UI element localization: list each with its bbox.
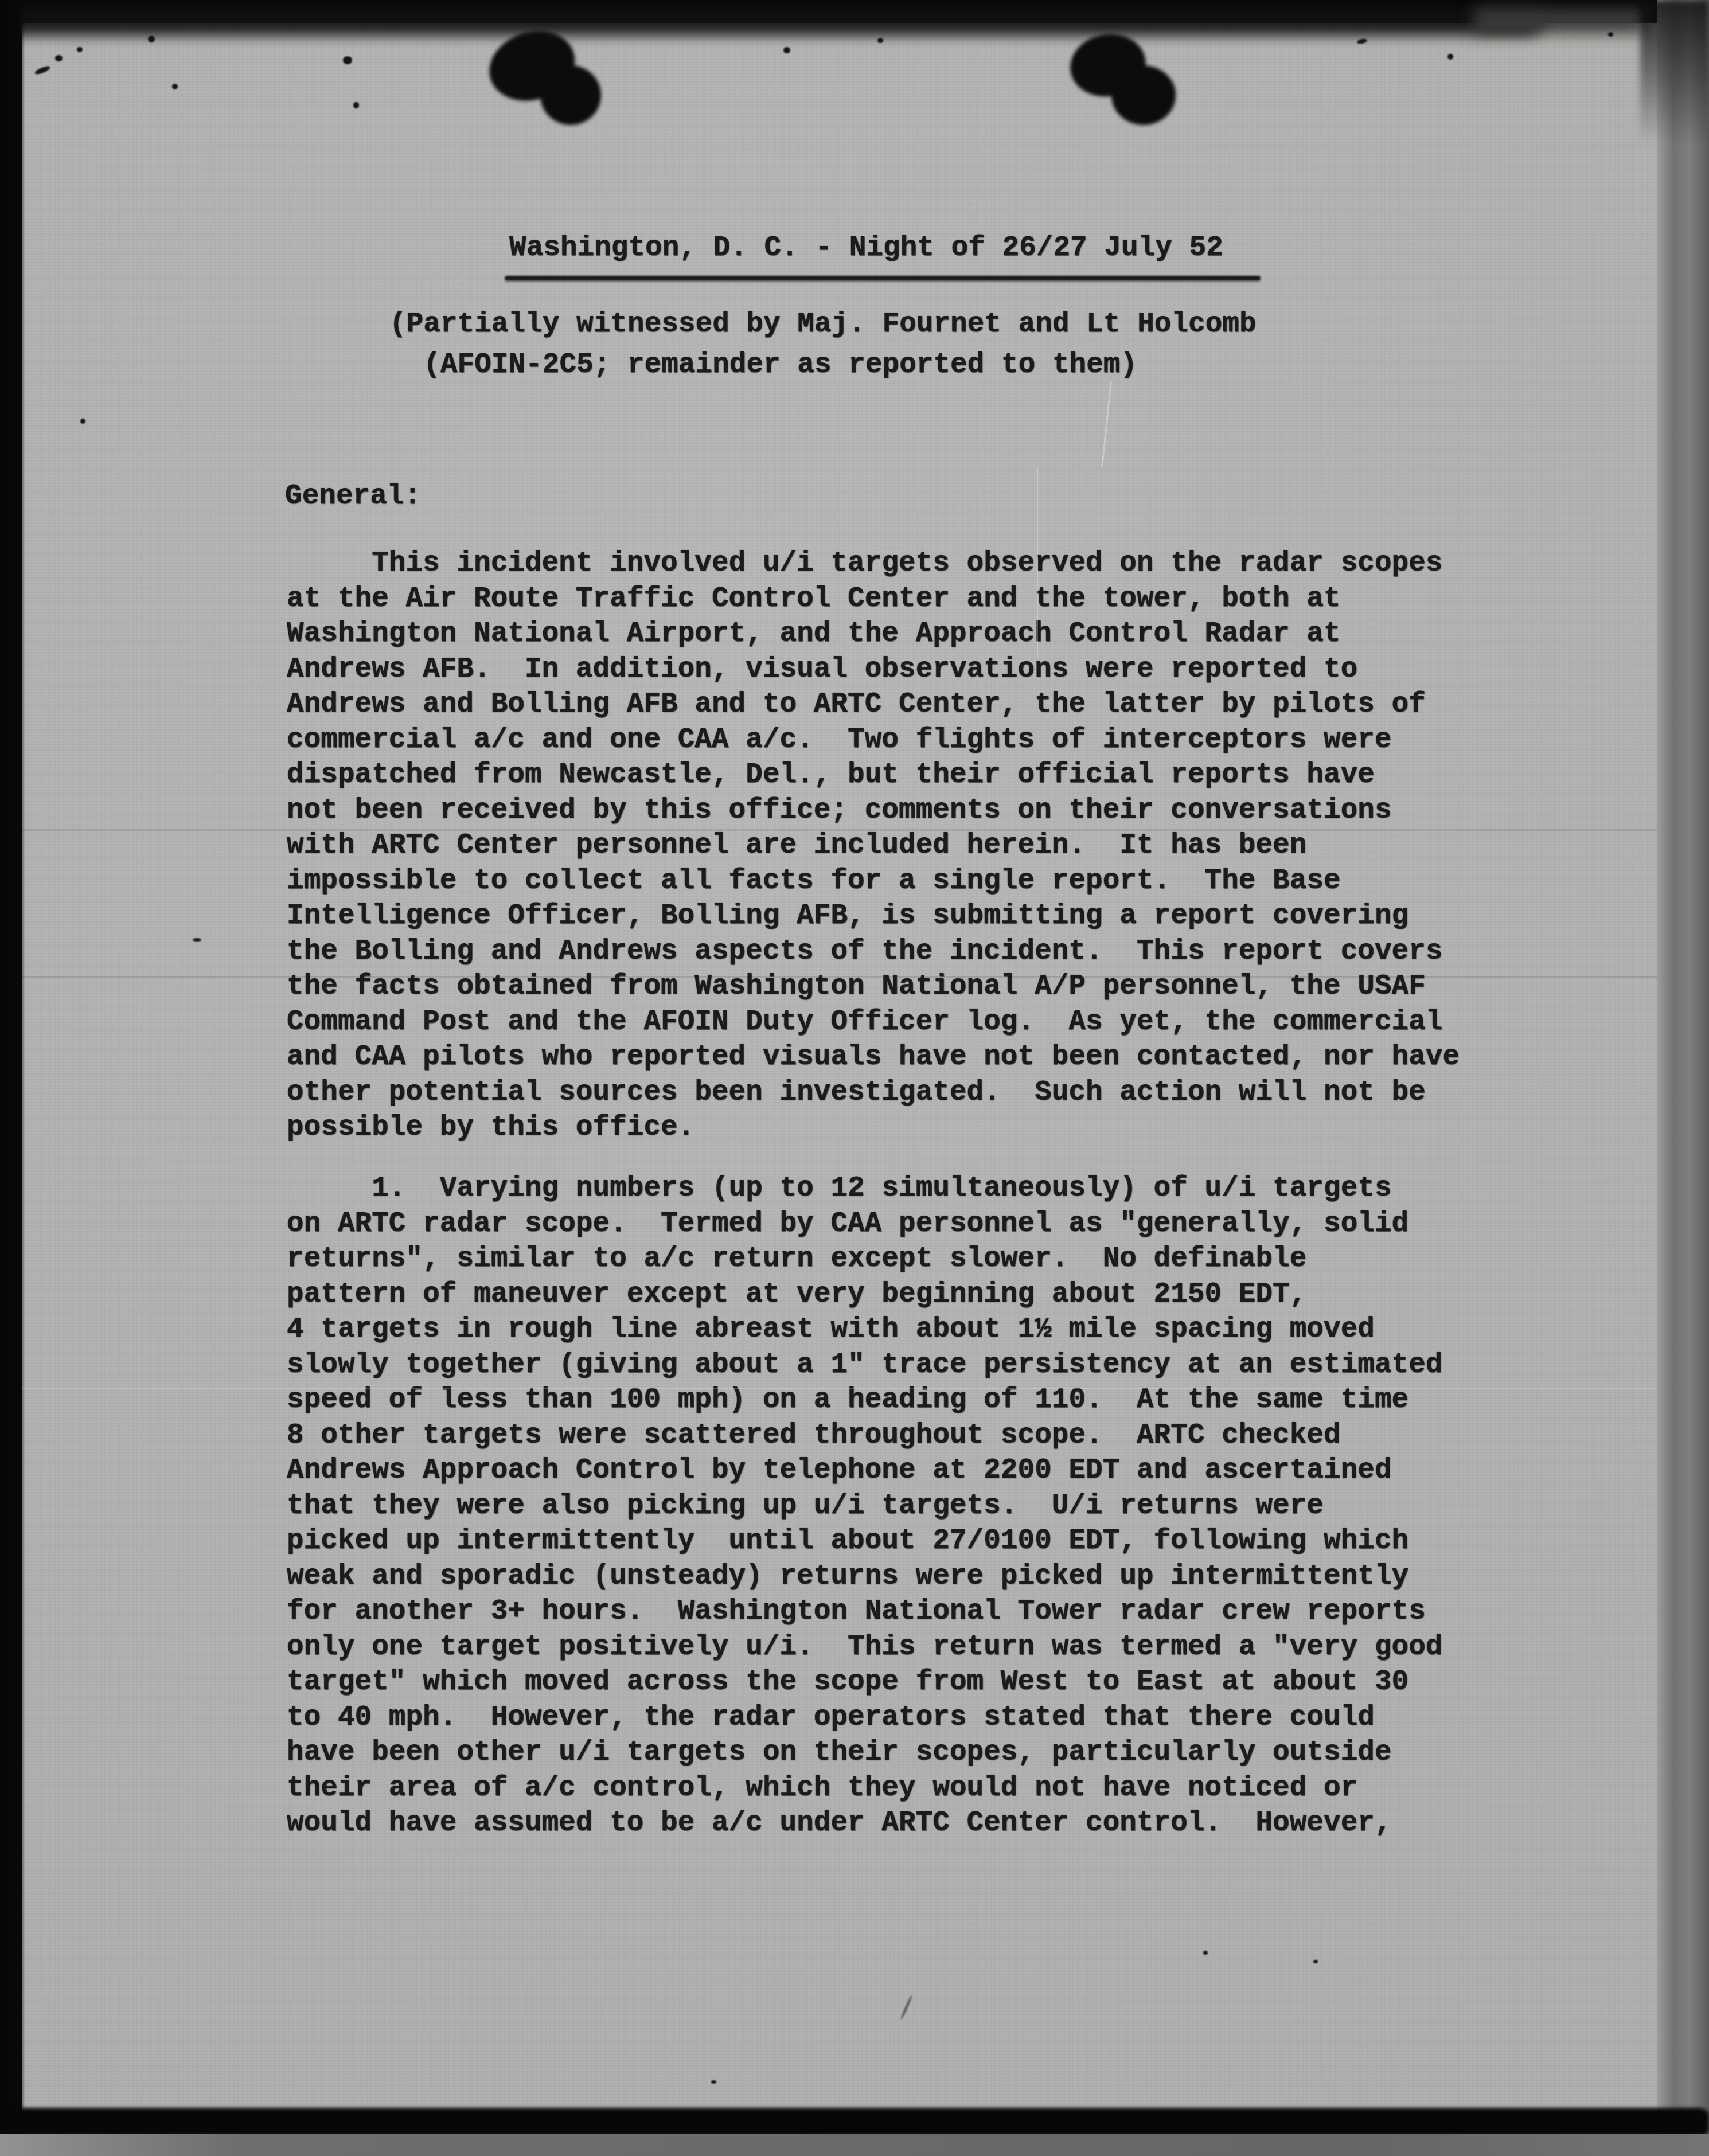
scan-bottom-border [0,2108,1709,2137]
ink-speck [148,36,155,42]
ink-speck [353,102,359,108]
ink-speck [77,47,83,52]
scanned-document-page: Washington, D. C. - Night of 26/27 July … [0,0,1709,2156]
ink-speck [1608,32,1613,37]
scan-left-edge [0,0,25,2156]
scratch-line [22,976,1657,978]
scratch-line-vertical [1037,467,1038,657]
scratch-line [22,829,1657,831]
paragraph-general: This incident involved u/i targets obser… [287,546,1460,1146]
ink-speck [343,56,352,64]
ink-speck [877,38,883,43]
ink-speck [172,84,178,89]
scan-top-smudge [0,5,1548,36]
ink-speck [711,2080,716,2084]
ink-speck [80,419,85,424]
section-label-general: General: [285,479,421,514]
ink-speck [1313,1960,1318,1963]
title-underline [505,276,1261,280]
scan-top-smudge-right [1474,8,1646,33]
ink-speck [1447,54,1453,60]
scan-right-edge [1657,0,1709,2156]
page-title: Washington, D. C. - Night of 26/27 July … [509,231,1223,266]
ink-blob-left-lobe2 [540,65,601,125]
scan-bottom-strip [0,2134,1709,2156]
paragraph-item-1: 1. Varying numbers (up to 12 simultaneou… [287,1171,1442,1841]
ink-speck [1203,1951,1208,1955]
ink-blob-right-lobe2 [1111,65,1176,125]
ink-speck [55,55,63,61]
ink-speck [783,47,790,53]
scan-right-top-shadow [1640,0,1709,143]
page-subtitle: (Partially witnessed by Maj. Fournet and… [389,304,1257,385]
ink-speck [193,938,201,942]
scratch-line-light [22,1388,1657,1389]
